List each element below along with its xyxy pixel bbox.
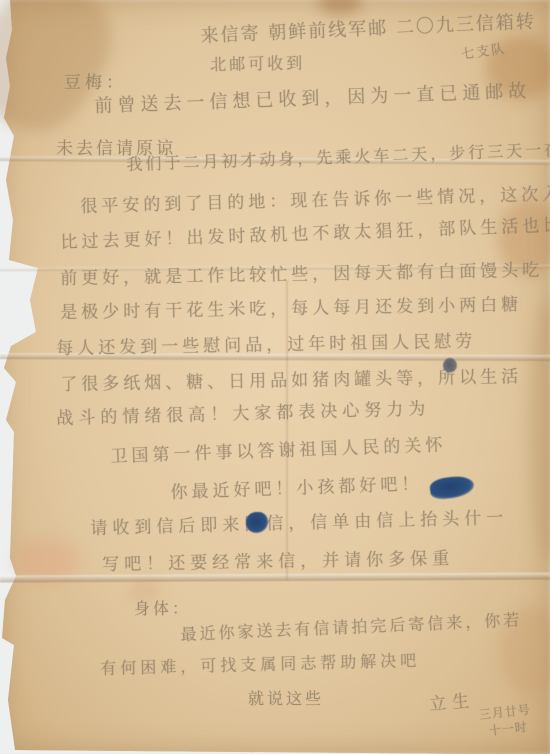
ink-dot (443, 358, 457, 373)
handwriting-line: 身体： (134, 596, 191, 619)
handwriting-salutation: 豆梅： (64, 68, 127, 93)
letter-photo: 来信寄 朝鲜前线军邮 二〇九三信箱转 七支队 北邮可收到 豆梅： 前曾送去一信想… (0, 0, 550, 754)
handwriting-header-note: 北邮可收到 (210, 50, 305, 75)
handwriting-closing: 就说这些 (248, 686, 324, 709)
handwriting-signature: 立生 (428, 686, 476, 715)
